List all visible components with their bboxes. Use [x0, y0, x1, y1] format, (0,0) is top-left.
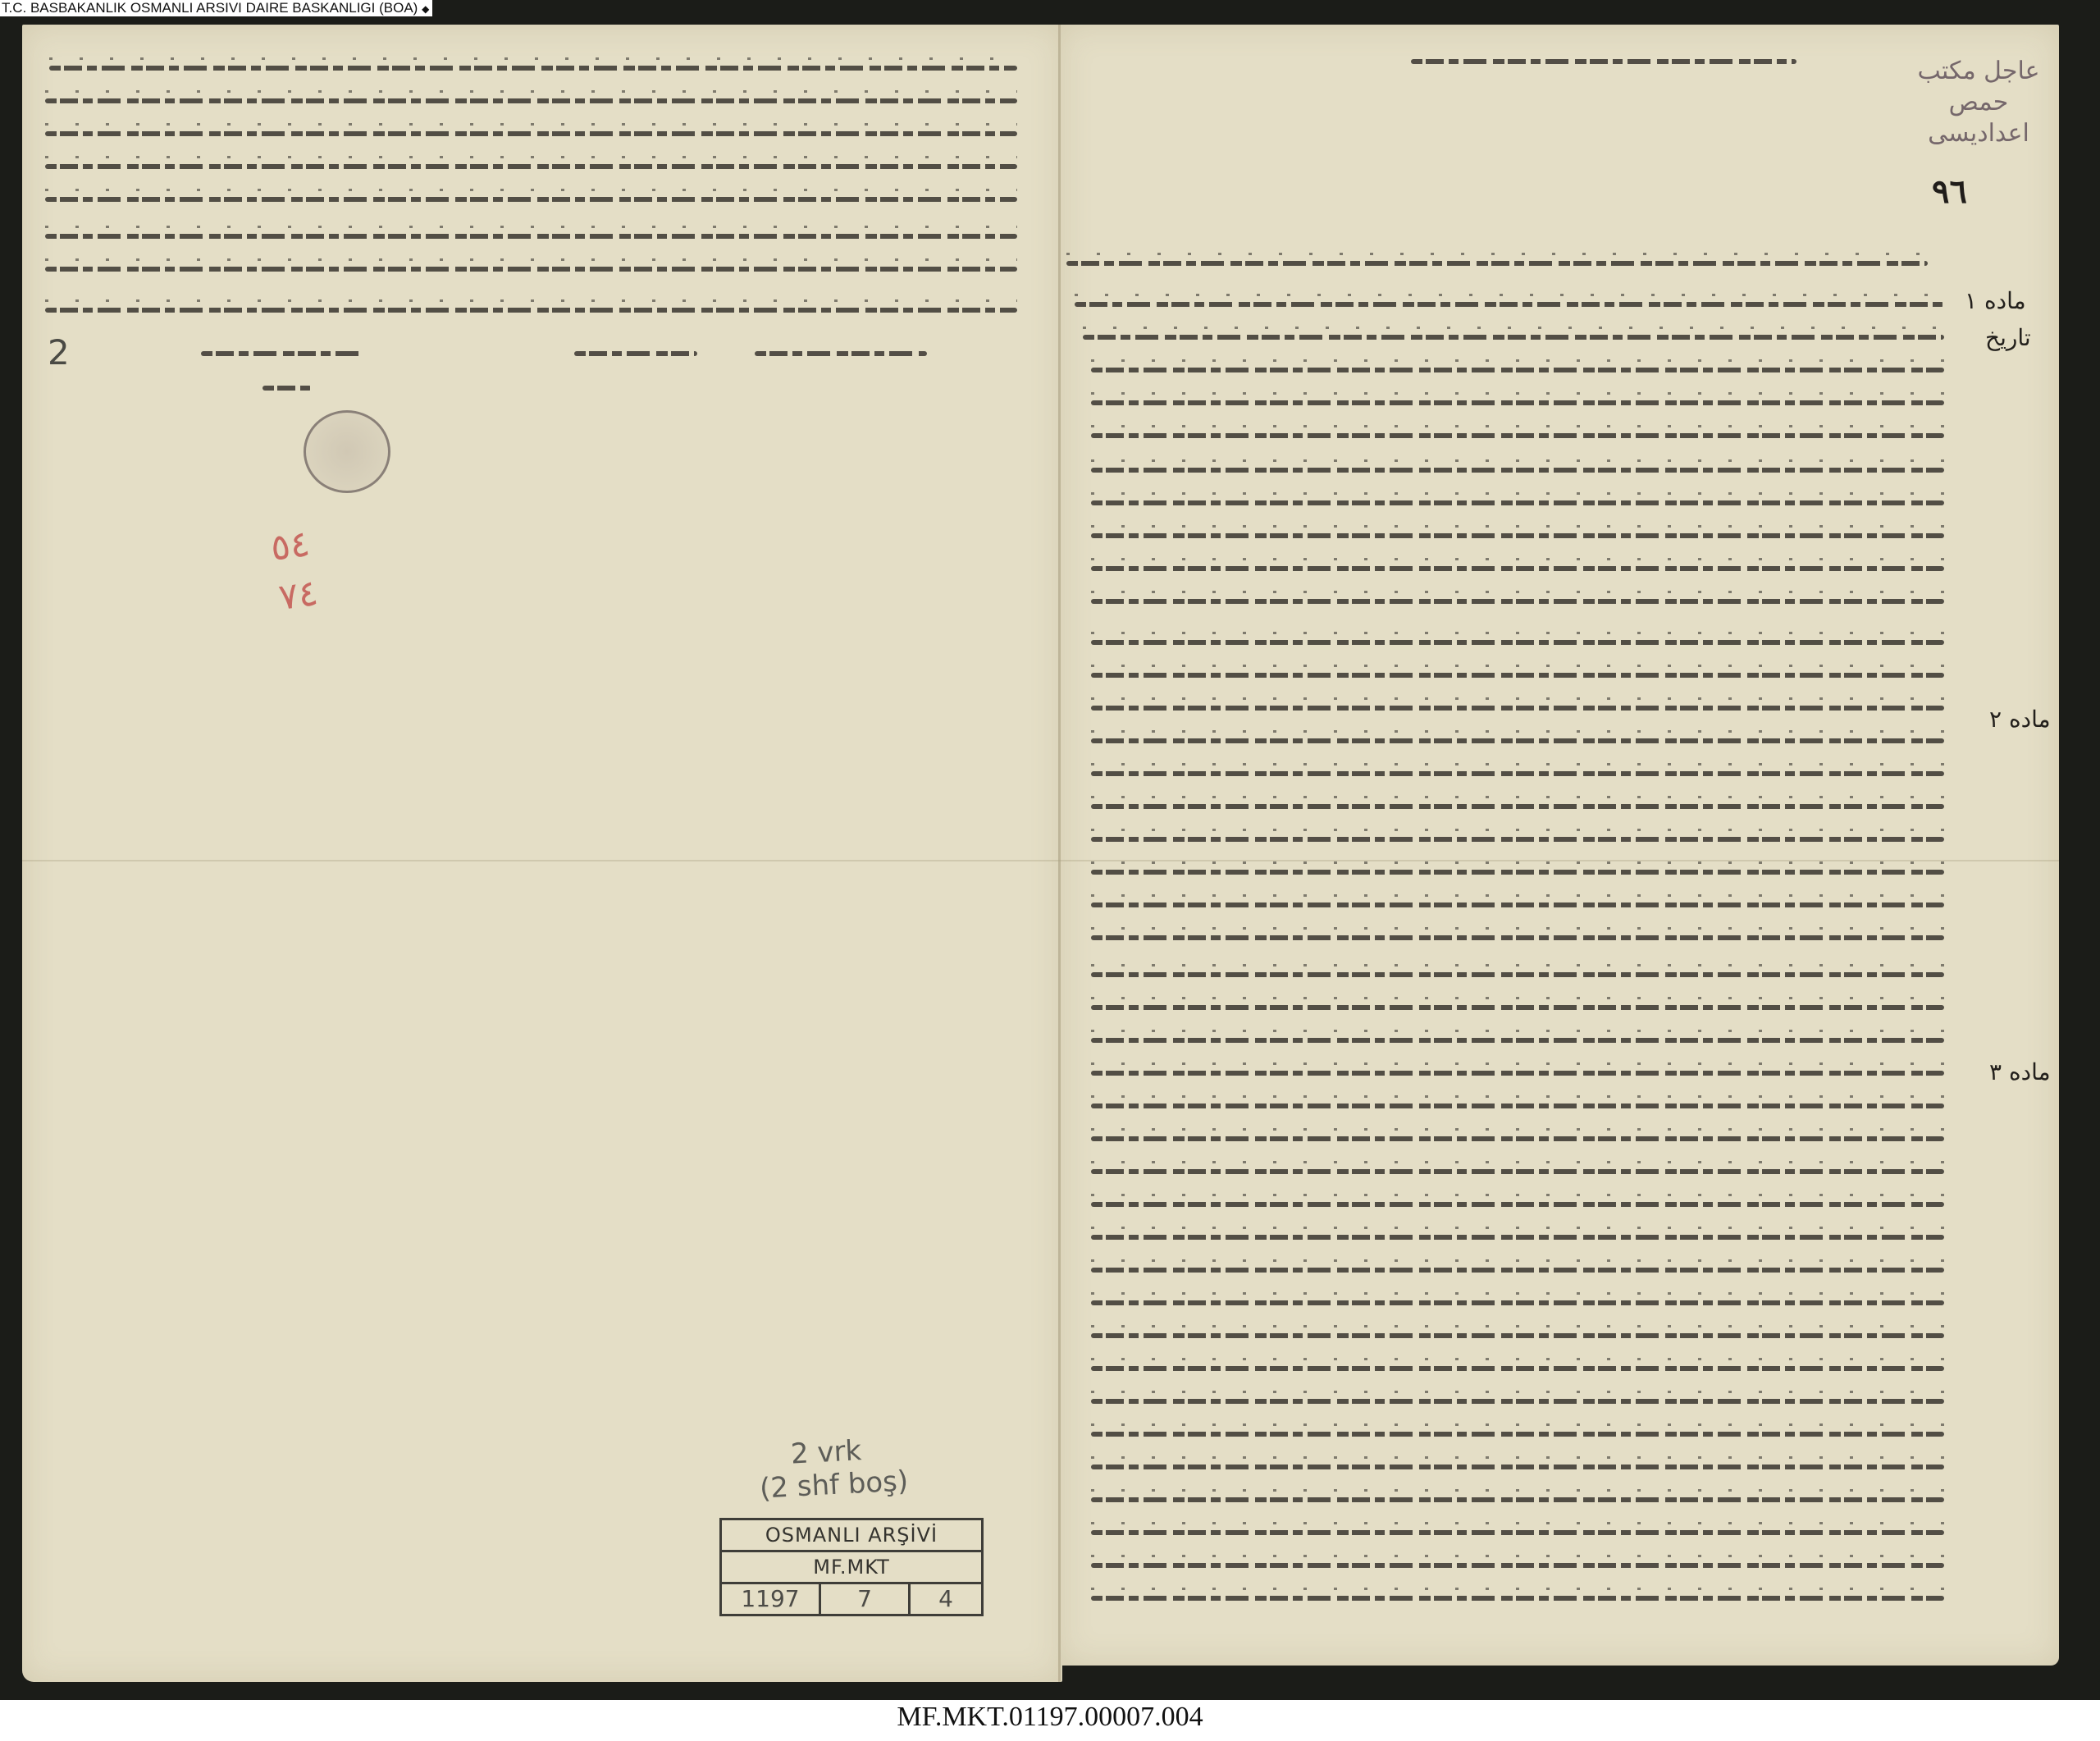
- stamp-title: OSMANLI ARŞİVİ: [722, 1520, 981, 1552]
- handwritten-line: [45, 131, 1017, 136]
- handwritten-line: [1075, 302, 1944, 307]
- handwritten-line: [1091, 468, 1944, 473]
- handwritten-line: [1091, 1300, 1944, 1305]
- handwritten-line: [45, 164, 1017, 169]
- document-right-page: [1060, 25, 2059, 1666]
- handwritten-line: [1091, 1366, 1944, 1371]
- handwritten-line: [1091, 902, 1944, 907]
- stamp-cell-page: 4: [911, 1584, 981, 1614]
- handwritten-line: [1091, 1235, 1944, 1240]
- pencil-note: 2 vrk (2 shf boş): [757, 1432, 909, 1505]
- handwritten-line: [1091, 1038, 1944, 1043]
- handwritten-line: [1091, 738, 1944, 743]
- handwritten-line: [45, 234, 1017, 239]
- handwritten-line: [45, 267, 1017, 272]
- margin-label-madde-3: ماده ٣: [1989, 1058, 2051, 1085]
- signature-date: [574, 351, 697, 356]
- stamp-line: حمص: [1897, 87, 2061, 118]
- margin-label-date: تاريخ: [1985, 324, 2031, 351]
- handwritten-line: [1091, 870, 1944, 875]
- signature-name: [262, 386, 312, 391]
- handwritten-line: [1091, 706, 1944, 711]
- handwritten-line: [1091, 566, 1944, 571]
- stamp-cell-file: 1197: [722, 1584, 821, 1614]
- document-left-page: [22, 25, 1062, 1682]
- handwritten-line: [1091, 1333, 1944, 1338]
- handwritten-line: [1091, 1465, 1944, 1469]
- red-pencil-mark: ٥٤: [268, 523, 313, 569]
- handwritten-line: [1091, 1202, 1944, 1207]
- handwritten-line: [1066, 261, 1928, 266]
- stamp-line: اعدادیسی: [1897, 118, 2061, 149]
- handwritten-line: [45, 197, 1017, 202]
- handwritten-line: [1091, 533, 1944, 538]
- archive-call-number-stamp: OSMANLI ARŞİVİ MF.MKT 1197 7 4: [719, 1518, 984, 1616]
- handwritten-line: [1091, 1071, 1944, 1076]
- margin-label-madde-2: ماده ٢: [1989, 706, 2051, 733]
- folio-number: ٩٦: [1932, 172, 1967, 211]
- handwritten-line: [1091, 1005, 1944, 1010]
- signature-title: [201, 351, 365, 356]
- pencil-page-number: 2: [48, 332, 70, 372]
- archive-label: T.C. BASBAKANLIK OSMANLI ARSIVI DAIRE BA…: [2, 0, 418, 16]
- handwritten-line: [1091, 1432, 1944, 1437]
- handwritten-line: [1091, 1530, 1944, 1535]
- handwritten-line: [1091, 500, 1944, 505]
- handwritten-line: [1091, 1268, 1944, 1273]
- handwritten-line: [45, 98, 1017, 103]
- handwritten-line: [1091, 771, 1944, 776]
- handwritten-line: [1091, 433, 1944, 438]
- signature-closing: [755, 351, 927, 356]
- red-pencil-mark: ٧٤: [276, 572, 321, 619]
- handwritten-line: [49, 66, 1017, 71]
- handwritten-line: [1083, 335, 1944, 340]
- handwritten-line: [1091, 400, 1944, 405]
- handwritten-line: [1091, 368, 1944, 372]
- page-fold: [1058, 25, 1061, 1682]
- handwritten-line: [1091, 1136, 1944, 1141]
- handwritten-line: [1091, 640, 1944, 645]
- stamp-cell-folder: 7: [821, 1584, 911, 1614]
- handwritten-line: [1091, 1596, 1944, 1601]
- margin-label-madde-1: ماده ١: [1965, 287, 2026, 314]
- handwritten-line: [1091, 837, 1944, 842]
- handwritten-line: [1091, 804, 1944, 809]
- handwritten-line: [1091, 1104, 1944, 1108]
- handwritten-line: [1091, 935, 1944, 940]
- round-seal-stamp: [304, 410, 390, 493]
- handwritten-line: [1091, 673, 1944, 678]
- handwritten-line: [1091, 1497, 1944, 1502]
- school-ink-stamp: عاجل مكتب حمص اعدادیسی: [1897, 56, 2061, 179]
- diamond-icon: ◆: [422, 3, 429, 15]
- archive-header: T.C. BASBAKANLIK OSMANLI ARSIVI DAIRE BA…: [0, 0, 432, 16]
- document-id: MF.MKT.01197.00007.004: [0, 1702, 2100, 1733]
- handwritten-line: [1091, 972, 1944, 977]
- handwritten-heading: [1411, 59, 1796, 64]
- stamp-collection: MF.MKT: [722, 1552, 981, 1584]
- stamp-line: عاجل مكتب: [1897, 56, 2061, 87]
- handwritten-line: [1091, 1169, 1944, 1174]
- handwritten-line: [1091, 1399, 1944, 1404]
- handwritten-line: [1091, 1563, 1944, 1568]
- handwritten-line: [45, 308, 1017, 313]
- handwritten-line: [1091, 599, 1944, 604]
